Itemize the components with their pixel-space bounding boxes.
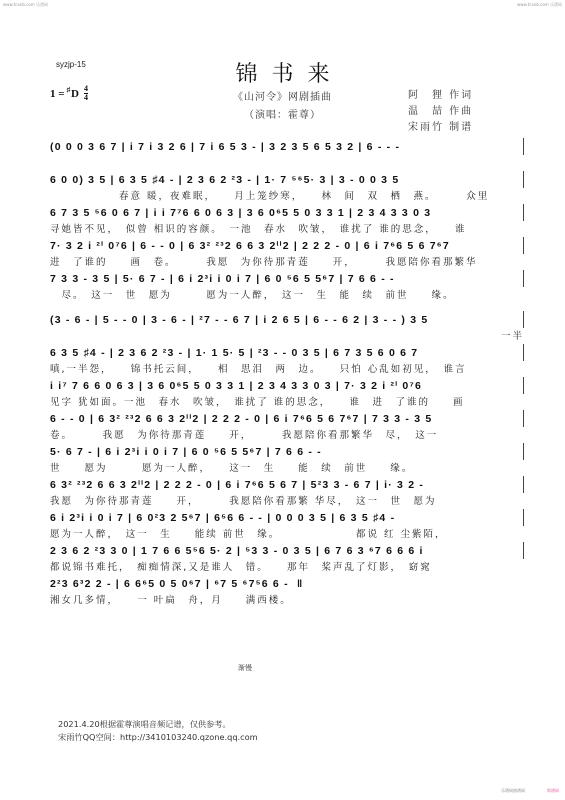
watermark-left: www.tcxnb.com 乐谱网: [3, 2, 48, 8]
notation-line: 5· 6 7 - | 6 i 2³i i 0 i 7 | 6 0 ⁵6 5 5⁶…: [50, 443, 524, 460]
lyrics-line: 进 了谁的 画 卷。 我愿 为你待那青莲 开， 我愿陪你看那繁华: [50, 254, 524, 267]
lyrics-line: 都说锦书难托， 痴痴情深,又是谁人 错。 那年 桨声乱了灯影， 窈窕: [50, 559, 524, 572]
composer-credit: 温 喆 作曲: [408, 104, 473, 120]
bottom-logo: 乐谱网曲谱网: [501, 788, 525, 794]
notation-line: 2²3 6³2 2 - | 6 6⁶5 0 5 0⁶7 | ⁶7 5 ⁶7⁵6 …: [50, 575, 524, 592]
section-spacer: [50, 303, 524, 311]
lyrics-line: 一半: [50, 328, 524, 341]
lyrics-line: 我愿 为你待那青莲 开， 我愿陪你看那繁 华尽， 这一 世 愿为: [50, 493, 524, 506]
notation-line: 7· 3 2 i ²ⁱ 0⁷6 | 6 - - 0 | 6 3² ²³2 6 6…: [50, 237, 524, 254]
footer-note: 2021.4.20根据霍尊演唱音频记谱，仅供参考。: [58, 718, 258, 731]
footer-contact: 宋雨竹QQ空间：http://3410103240.qzone.qq.com: [58, 731, 258, 744]
notation-line: 2 3 6 2 ²3 3 0 | 1 7 6 6 5⁵6 5· 2 | ⁵3 3…: [50, 542, 524, 559]
notation-line: 6 7 3 5 ⁵6 0 6 7 | i i 7⁷6 6 0 6 3 | 3 6…: [50, 204, 524, 221]
lyrics-line: 嗔,一半怨， 锦书托云间， 相 思泪 两 边。 只怕 心乱如初见， 谁言: [50, 361, 524, 374]
watermark-right: www.tcxnb.com 乐谱网: [517, 2, 562, 8]
notation-line: i i⁷ 7 6 6 0 6 3 | 3 6 0⁶5 5 0 3 3 1 | 2…: [50, 377, 524, 394]
singer-credit: （演唱：霍尊）: [0, 106, 565, 121]
notation-line: 7 3 3 - 3 5 | 5· 6 7 - | 6 i 2³i i 0 i 7…: [50, 270, 524, 287]
notation-line: (0 0 0 3 6 7 | i 7 i 3 2 6 | 7 i 6 5 3 -…: [50, 138, 524, 155]
lyrics-line: 世 愿为 愿为一人醉， 这一 生 能 续 前世 缘。: [50, 460, 524, 473]
lyrics-line: 春意 暖，夜难眠， 月上笼纱寒， 林 间 双 栖 燕。 众里: [50, 188, 524, 201]
lyrics-line: 卷。 我愿 为你待那青莲 开， 我愿陪你看那繁华 尽， 这一: [50, 427, 524, 440]
notation-line: 6 0 0) 3 5 | 6 3 5 ♯4 - | 2 3 6 2 ²3 - |…: [50, 171, 524, 188]
notation-line: 6 3² ²³2 6 6 3 2ⁱⁱ2 | 2 2 2 - 0 | 6 i 7⁶…: [50, 476, 524, 493]
music-score: (0 0 0 3 6 7 | i 7 i 3 2 6 | 7 i 6 5 3 -…: [50, 138, 524, 608]
transcriber-credit: 宋雨竹 制谱: [408, 120, 473, 136]
lyricist-credit: 阿 狸 作词: [408, 88, 473, 104]
lyrics-line: [50, 155, 524, 168]
lyrics-line: 寻她皆不见， 似曾 相识的容颜。 一池 春水 吹皱， 谁扰了 谁的思念， 谁: [50, 221, 524, 234]
subtitle: 《山河令》网剧插曲: [0, 88, 565, 103]
credits: 阿 狸 作词 温 喆 作曲 宋雨竹 制谱: [408, 88, 473, 136]
notation-line: (3 - 6 - | 5 - - 0 | 3 - 6 - | ²7 - - 6 …: [50, 311, 524, 328]
tempo-marking: 渐慢: [238, 663, 252, 673]
footer: 2021.4.20根据霍尊演唱音频记谱，仅供参考。 宋雨竹QQ空间：http:/…: [58, 718, 258, 744]
notation-line: 6 3 5 ♯4 - | 2 3 6 2 ²3 - | 1· 1 5· 5 | …: [50, 344, 524, 361]
bottom-pink-mark: 简谱网: [547, 788, 559, 794]
lyrics-line: 见字 犹如面。一池 春水 吹皱， 谁扰了 谁的思念， 谁 进 了谁的 画: [50, 394, 524, 407]
lyrics-line: 湘女几多情， 一 叶扁 舟，月 满西楼。: [50, 592, 524, 605]
lyrics-line: 愿为一人醉， 这一 生 能续 前世 缘。 都说 红 尘紫陌，: [50, 526, 524, 539]
notation-line: 6 i 2³i i 0 i 7 | 6 0²3 2 5⁶7 | 6⁵6 6 - …: [50, 509, 524, 526]
lyrics-line: 尽。 这一 世 愿为 愿为一人醉， 这一 生 能 续 前世 缘。: [50, 287, 524, 300]
notation-line: 6 - - 0 | 6 3² ²³2 6 6 3 2ⁱⁱ2 | 2 2 2 - …: [50, 410, 524, 427]
